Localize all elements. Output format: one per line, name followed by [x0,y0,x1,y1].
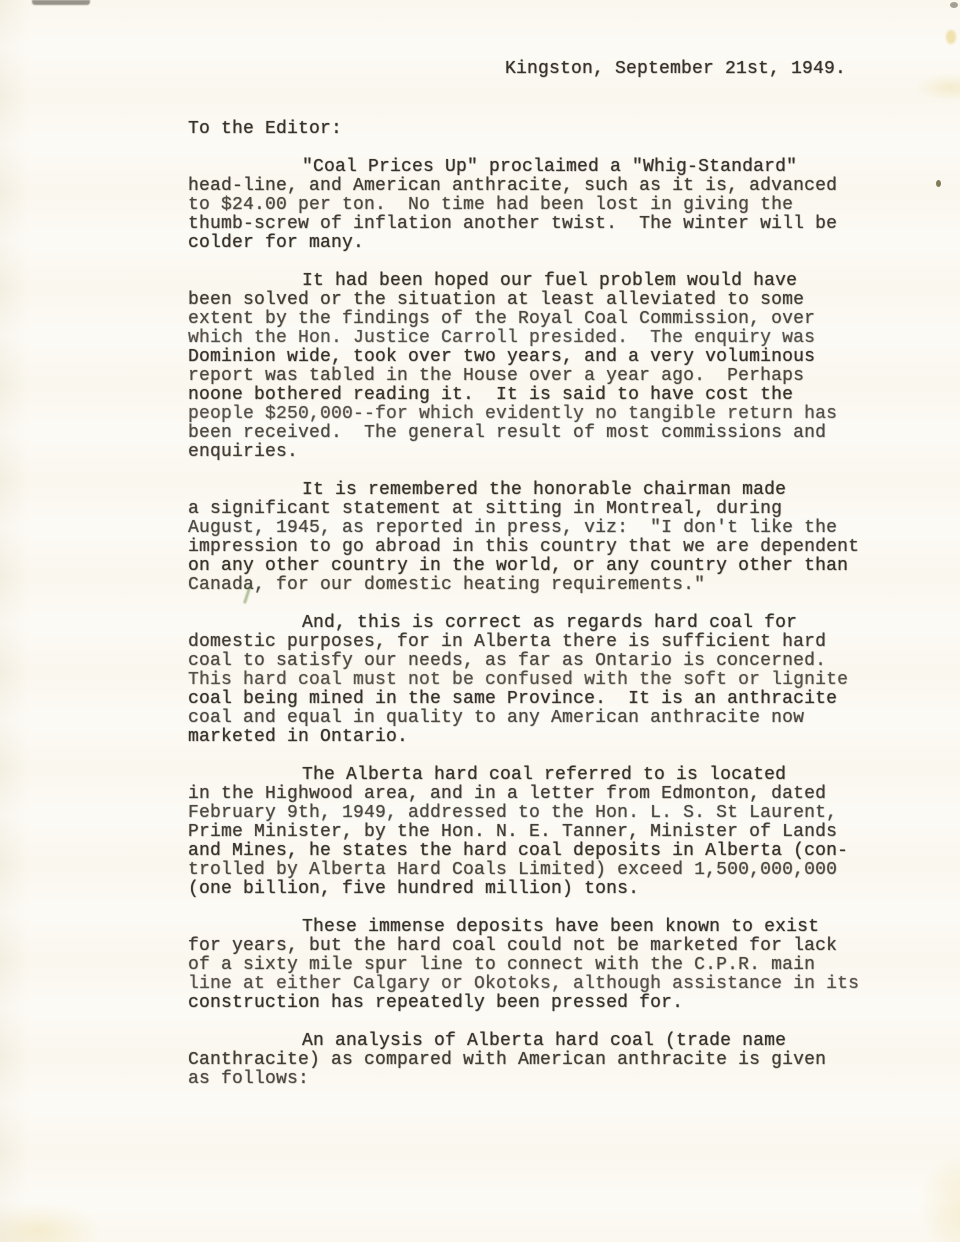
paper-speck [936,180,941,187]
dateline: Kingston, September 21st, 1949. [505,60,846,79]
letter-line: in the Highwood area, and in a letter fr… [188,785,888,804]
scan-smudge [32,0,90,5]
letter-line: of a sixty mile spur line to connect wit… [188,956,888,975]
letter-line: February 9th, 1949, addressed to the Hon… [188,804,888,823]
letter-line: been solved or the situation at least al… [188,291,888,310]
letter-line: Canada, for our domestic heating require… [188,576,888,595]
paragraph: "Coal Prices Up" proclaimed a "Whig-Stan… [188,158,888,253]
letter-line: It had been hoped our fuel problem would… [188,272,888,291]
letter-line: coal being mined in the same Province. I… [188,690,888,709]
letter-line: construction has repeatedly been pressed… [188,994,888,1013]
paragraph: And, this is correct as regards hard coa… [188,614,888,747]
letter-line: This hard coal must not be confused with… [188,671,888,690]
letter-line: report was tabled in the House over a ye… [188,367,888,386]
letter-line: on any other country in the world, or an… [188,557,888,576]
paper-stain [946,30,956,44]
letter-line: colder for many. [188,234,888,253]
letter-line: coal to satisfy our needs, as far as Ont… [188,652,888,671]
letter-line: a significant statement at sitting in Mo… [188,500,888,519]
paragraph: An analysis of Alberta hard coal (trade … [188,1032,888,1089]
salutation: To the Editor: [188,120,342,139]
letter-line: trolled by Alberta Hard Coals Limited) e… [188,861,888,880]
letter-page: Kingston, September 21st, 1949. To the E… [0,0,960,1242]
letter-line: domestic purposes, for in Alberta there … [188,633,888,652]
letter-line: Prime Minister, by the Hon. N. E. Tanner… [188,823,888,842]
letter-line: The Alberta hard coal referred to is loc… [188,766,888,785]
letter-line: And, this is correct as regards hard coa… [188,614,888,633]
letter-line: and Mines, he states the hard coal depos… [188,842,888,861]
letter-line: (one billion, five hundred million) tons… [188,880,888,899]
letter-line: "Coal Prices Up" proclaimed a "Whig-Stan… [188,158,888,177]
letter-line: coal and equal in quality to any America… [188,709,888,728]
letter-line: thumb-screw of inflation another twist. … [188,215,888,234]
paragraph: The Alberta hard coal referred to is loc… [188,766,888,899]
letter-line: It is remembered the honorable chairman … [188,481,888,500]
letter-line: which the Hon. Justice Carroll presided.… [188,329,888,348]
paragraph: It had been hoped our fuel problem would… [188,272,888,462]
letter-line: for years, but the hard coal could not b… [188,937,888,956]
letter-line: extent by the findings of the Royal Coal… [188,310,888,329]
letter-line: head-line, and American anthracite, such… [188,177,888,196]
letter-line: as follows: [188,1070,888,1089]
letter-line: marketed in Ontario. [188,728,888,747]
letter-line: Dominion wide, took over two years, and … [188,348,888,367]
letter-line: people $250,000--for which evidently no … [188,405,888,424]
letter-line: These immense deposits have been known t… [188,918,888,937]
letter-line: August, 1945, as reported in press, viz:… [188,519,888,538]
letter-line: to $24.00 per ton. No time had been lost… [188,196,888,215]
letter-line: noone bothered reading it. It is said to… [188,386,888,405]
letter-line: line at either Calgary or Okotoks, altho… [188,975,888,994]
paragraph: These immense deposits have been known t… [188,918,888,1013]
letter-line: been received. The general result of mos… [188,424,888,443]
letter-body: "Coal Prices Up" proclaimed a "Whig-Stan… [188,158,888,1108]
paper-speck [950,2,958,8]
letter-line: impression to go abroad in this country … [188,538,888,557]
paragraph: It is remembered the honorable chairman … [188,481,888,595]
letter-line: enquiries. [188,443,888,462]
letter-line: An analysis of Alberta hard coal (trade … [188,1032,888,1051]
letter-line: Canthracite) as compared with American a… [188,1051,888,1070]
